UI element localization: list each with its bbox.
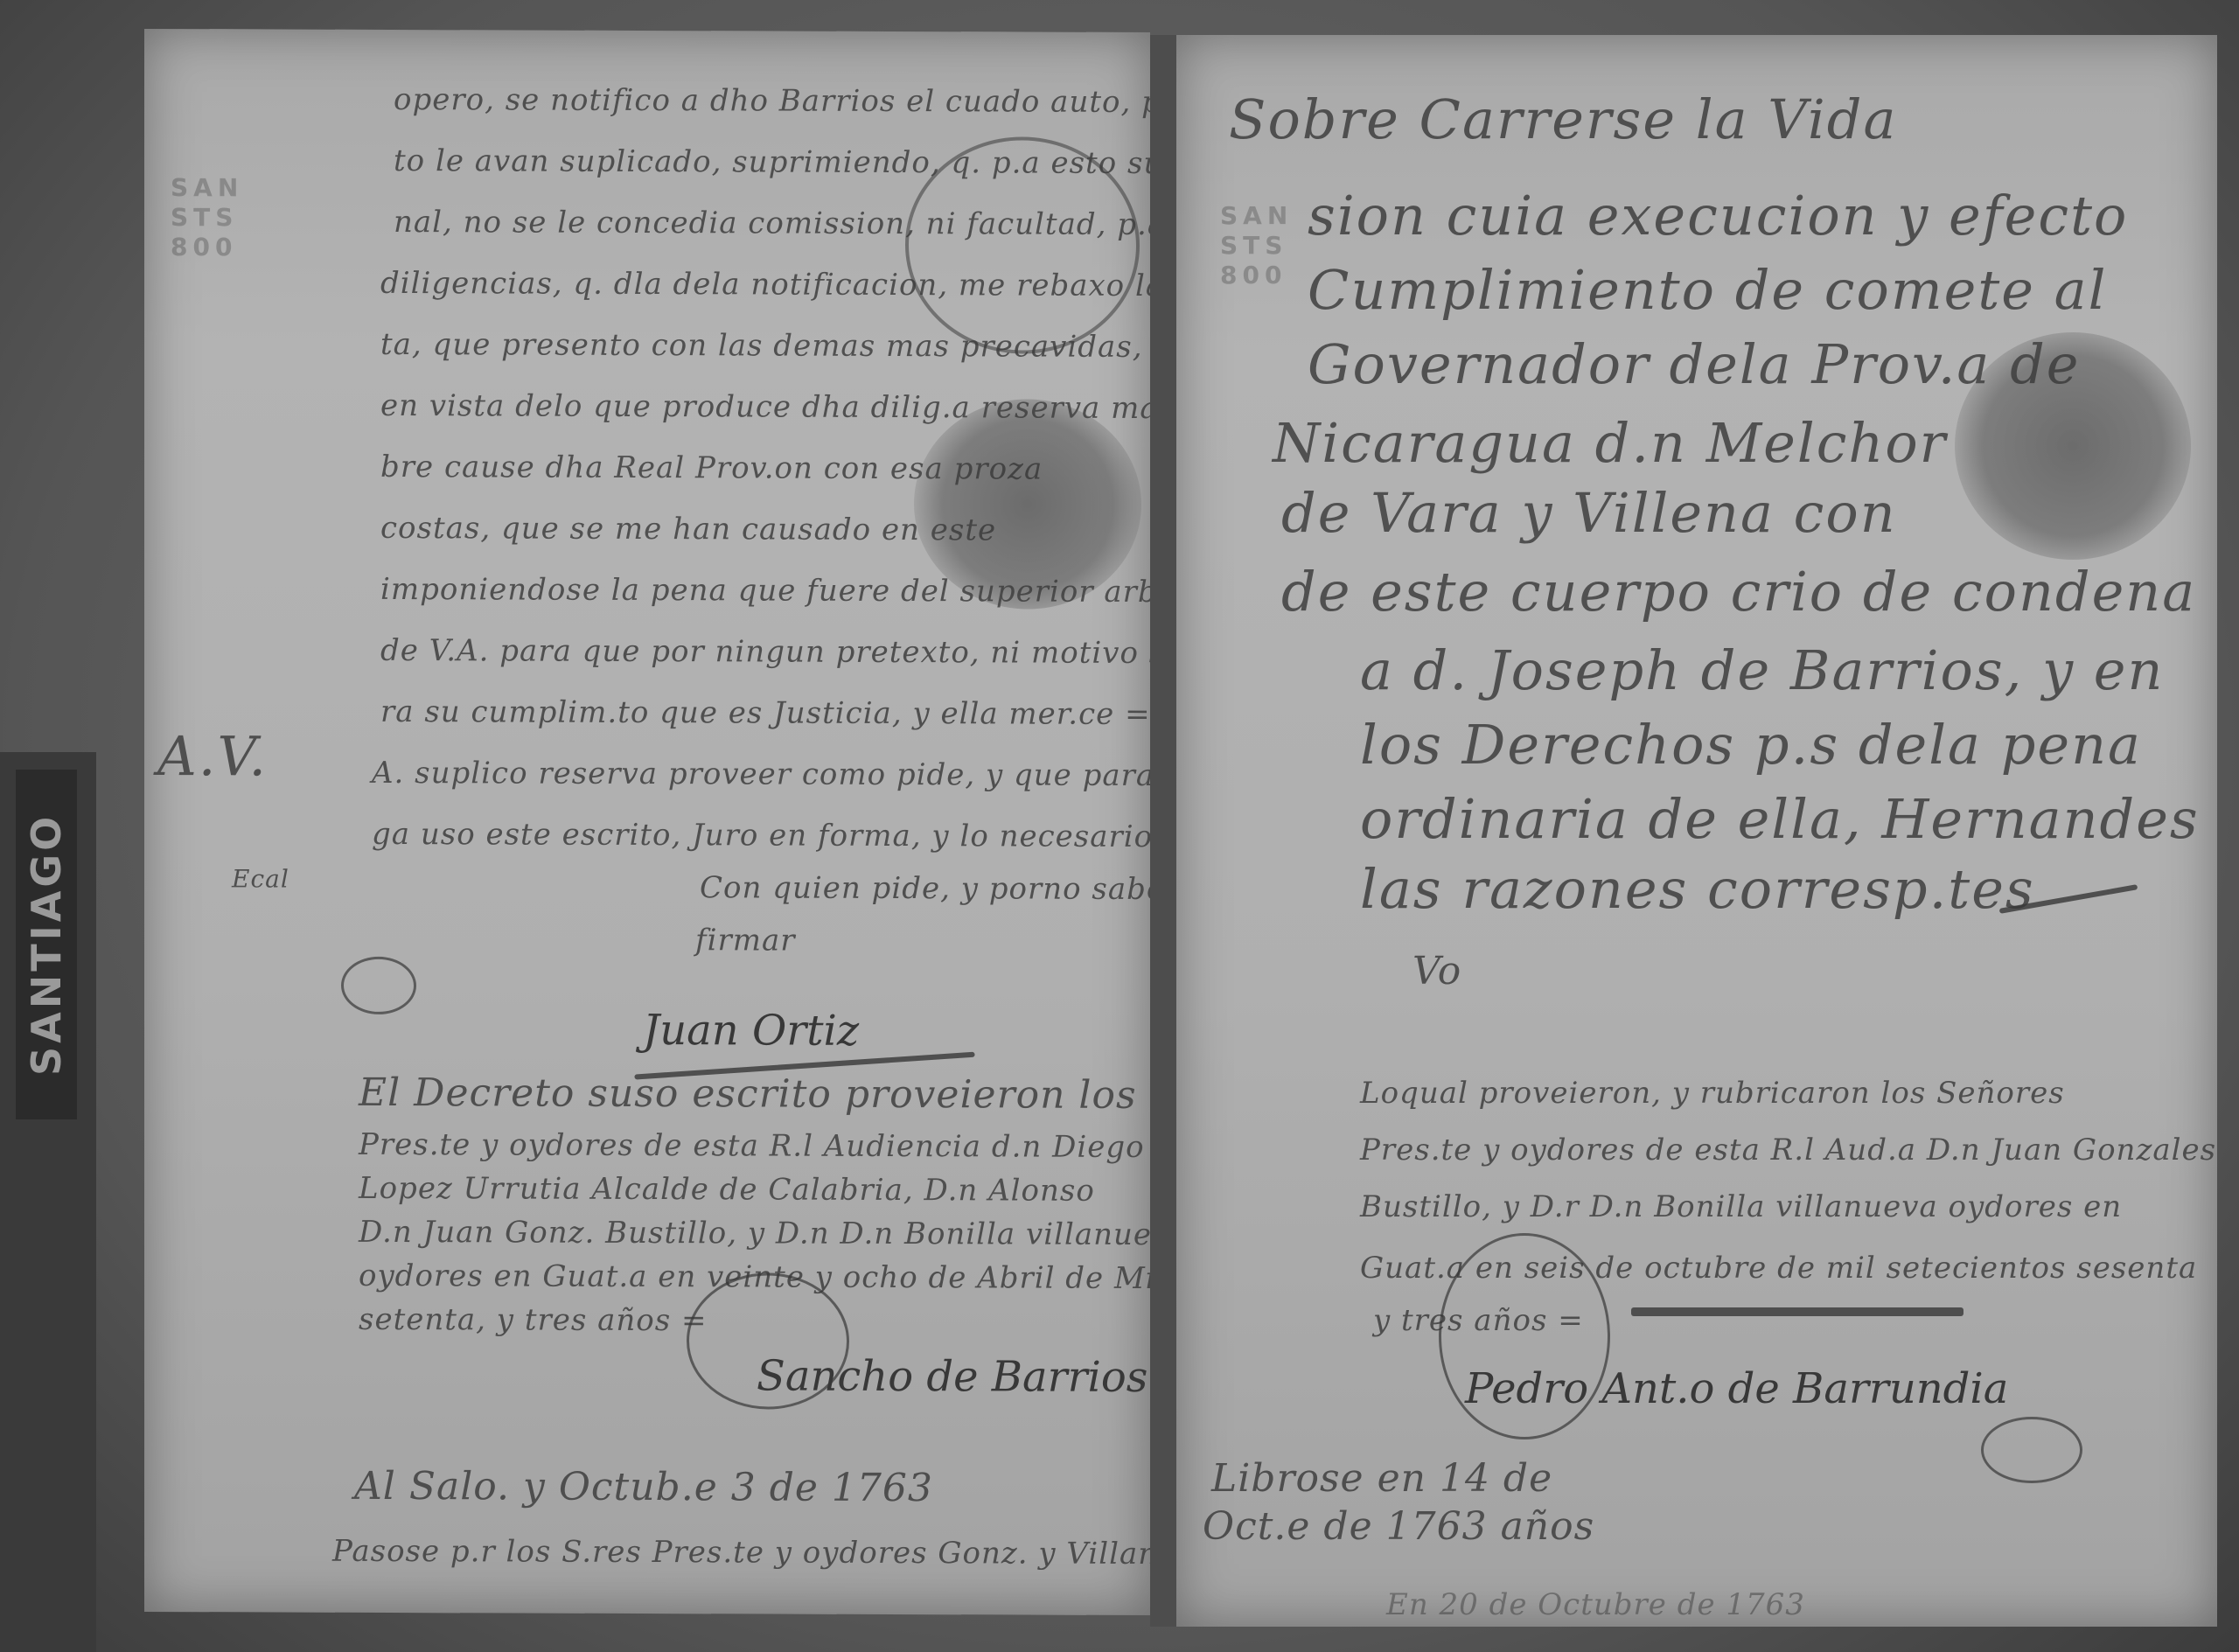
rubric-mark: Vo [1412, 949, 1461, 993]
heading-line-11: las razones corresp.tes [1360, 857, 2035, 921]
heading-line-5: Nicaragua d.n Melchor [1273, 411, 1947, 475]
ink-blot-stroke [1631, 1307, 1963, 1316]
decree-marker: A.V. [157, 724, 268, 788]
decree-line-1: A. suplico reserva proveer como pide, y … [372, 756, 1223, 793]
left-line-10: de V.A. para que por ningun pretexto, ni… [380, 633, 1183, 671]
decree-para-4: D.n Juan Gonz. Bustillo, y D.n D.n Bonil… [359, 1215, 1189, 1252]
closing-line-1: Con quien pide, y porno saber [700, 870, 1180, 907]
rubric-flourish [341, 957, 416, 1014]
manuscript-scan: SANTIAGO SAN STS 800 opero, se notifico … [0, 0, 2239, 1652]
notary-signature: Sancho de Barrios [757, 1351, 1147, 1402]
left-line-1: opero, se notifico a dho Barrios el cuad… [394, 82, 1265, 120]
heading-line-1: Sobre Carrerse la Vida [1229, 87, 1897, 151]
heading-line-4: Governador dela Prov.a de [1308, 332, 2080, 396]
seal-outline [905, 136, 1140, 354]
book-gutter [1150, 35, 1176, 1627]
bottom-line-2: Oct.e de 1763 años [1203, 1504, 1594, 1549]
provision-line-3: Bustillo, y D.r D.n Bonilla villanueva o… [1360, 1189, 2122, 1224]
signature-juan-ortiz: Juan Ortiz [643, 1006, 859, 1056]
decree-line-2: ga uso este escrito, Juro en forma, y lo… [372, 817, 1153, 854]
small-note: Ecal [232, 864, 289, 893]
right-page: SAN STS 800 Sobre Carrerse la Vida sion … [1176, 35, 2217, 1627]
heading-line-8: a d. Joseph de Barrios, y en [1360, 638, 2164, 702]
heading-line-3: Cumplimiento de comete al [1308, 258, 2107, 322]
bottom-line-1: Librose en 14 de [1211, 1456, 1552, 1501]
heading-line-7: de este cuerpo crio de condena [1281, 560, 2196, 624]
faint-stamp: SAN STS 800 [1220, 201, 1293, 290]
closing-line-2: firmar [695, 923, 795, 958]
decree-para-6: setenta, y tres años = [359, 1302, 708, 1338]
decree-para-2: Pres.te y oydores de esta R.l Audiencia … [359, 1127, 1145, 1165]
spine-label: SANTIAGO [16, 770, 77, 1119]
provision-line-2: Pres.te y oydores de esta R.l Aud.a D.n … [1360, 1133, 2216, 1168]
signature-flourish [1981, 1417, 2082, 1483]
ink-seal-right [1955, 332, 2191, 560]
left-line-8: costas, que se me han causado en este [380, 511, 996, 547]
faded-footer: En 20 de Octubre de 1763 [1386, 1587, 1805, 1622]
left-line-11: ra su cumplim.to que es Justicia, y ella… [380, 694, 1151, 732]
ink-seal [914, 399, 1141, 610]
date-line: Al Salo. y Octub.e 3 de 1763 [354, 1464, 933, 1510]
margin-stamp: SAN STS 800 [171, 173, 243, 262]
heading-line-9: los Derechos p.s dela pena [1360, 713, 2142, 777]
left-page: SAN STS 800 opero, se notifico a dho Bar… [144, 29, 1150, 1615]
heading-line-6: de Vara y Villena con [1281, 481, 1897, 545]
heading-line-2: sion cuia execucion y efecto [1308, 184, 2128, 247]
heading-line-10: ordinaria de ella, Hernandes [1360, 787, 2200, 851]
decree-para-3: Lopez Urrutia Alcalde de Calabria, D.n A… [359, 1171, 1095, 1209]
footer-line: Pasose p.r los S.res Pres.te y oydores G… [332, 1534, 1233, 1572]
signature-pedro: Pedro Ant.o de Barrundia [1465, 1364, 2008, 1413]
provision-line-1: Loqual proveieron, y rubricaron los Seño… [1360, 1076, 2065, 1111]
